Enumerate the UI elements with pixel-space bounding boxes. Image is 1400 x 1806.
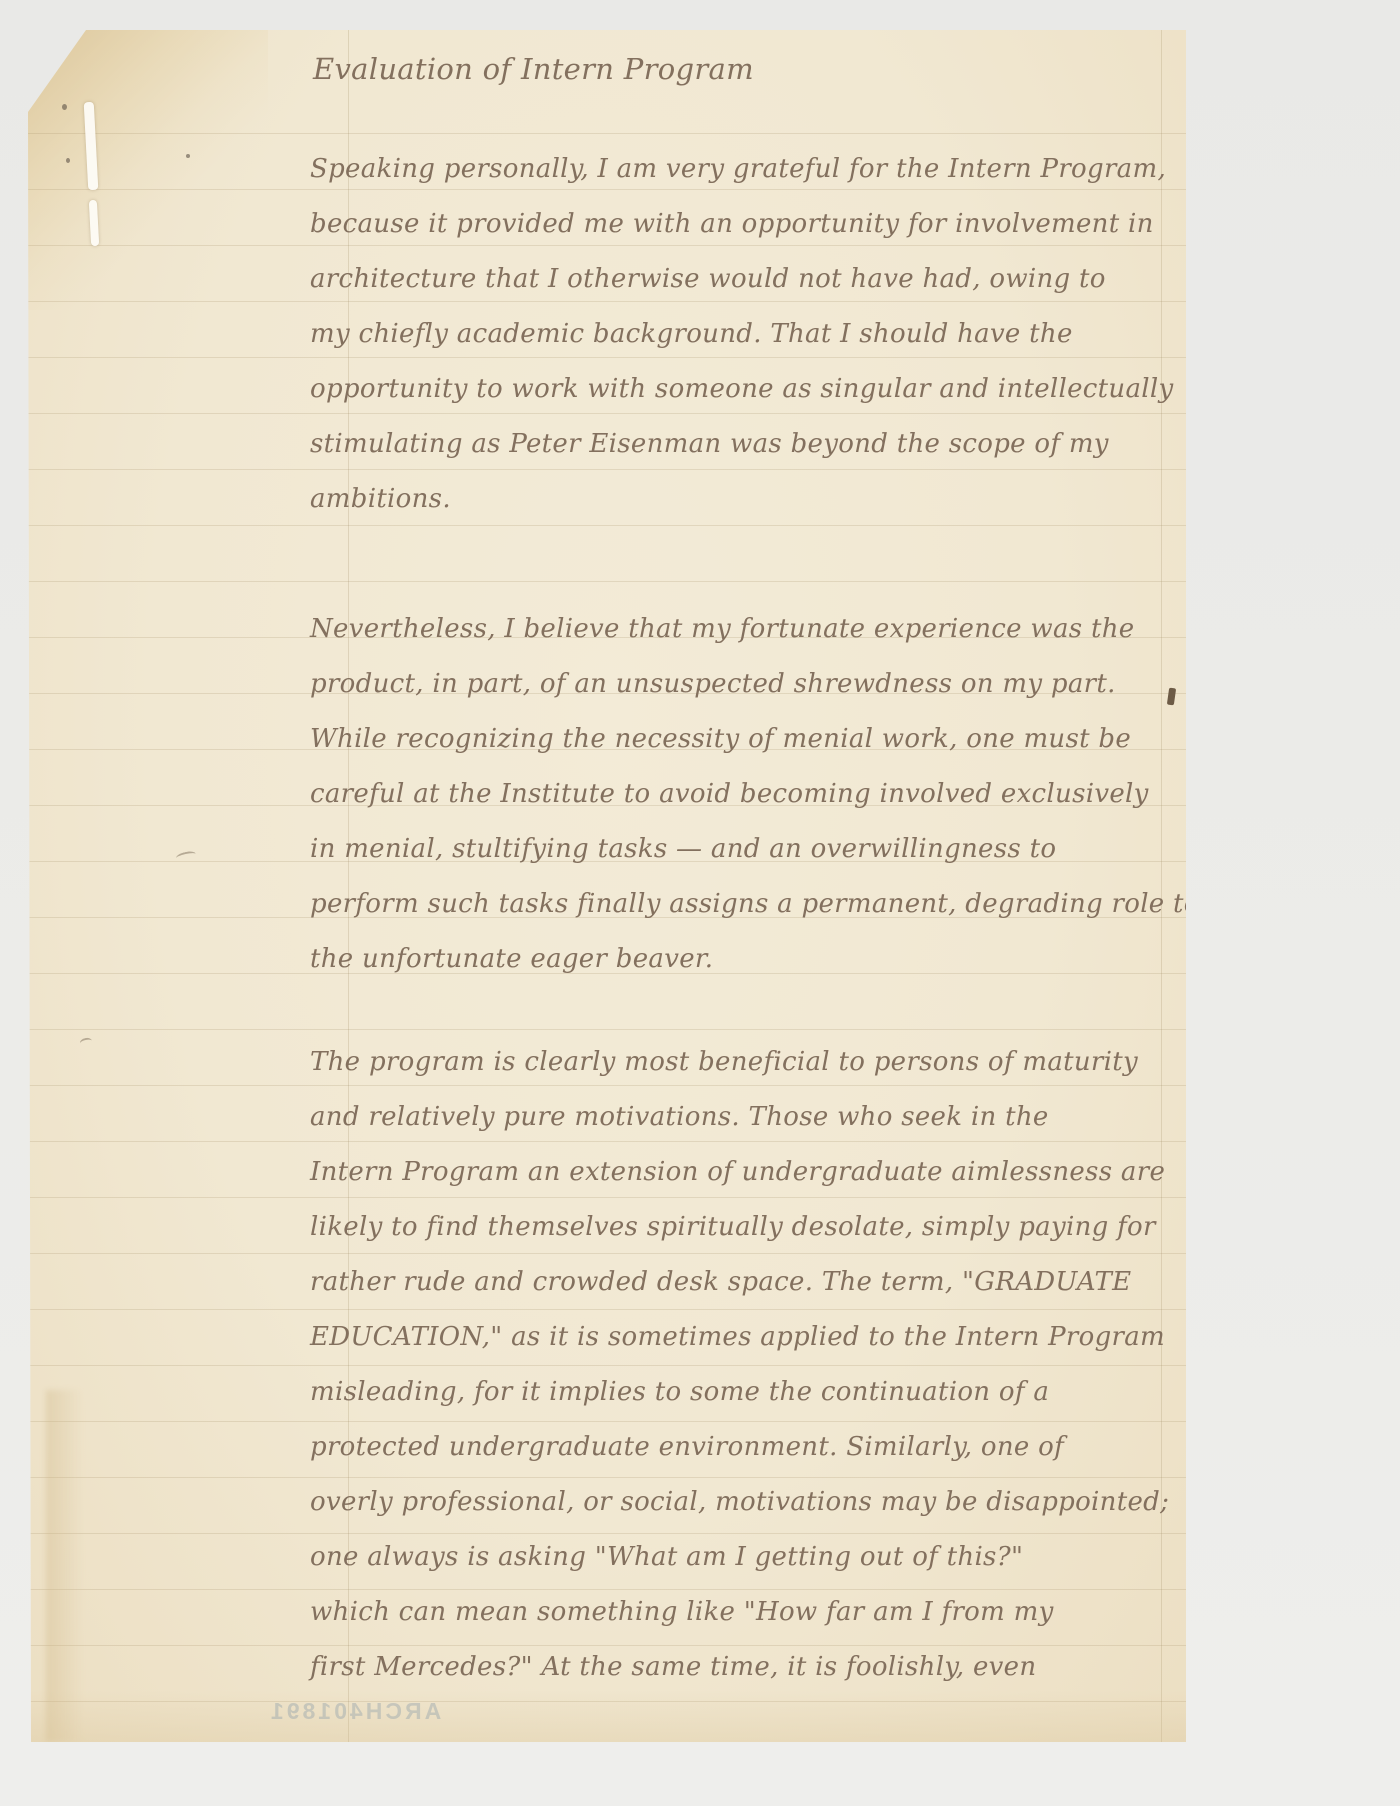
- handwritten-line: stimulating as Peter Eisenman was beyond…: [310, 417, 1190, 472]
- handwritten-line: because it provided me with an opportuni…: [310, 197, 1190, 252]
- handwritten-line: While recognizing the necessity of menia…: [310, 712, 1190, 767]
- handwritten-line: first Mercedes?" At the same time, it is…: [310, 1640, 1190, 1695]
- bleed-through-archive-stamp: ARCH401891: [268, 1698, 441, 1725]
- handwritten-line: Nevertheless, I believe that my fortunat…: [310, 602, 1190, 657]
- paragraph: Nevertheless, I believe that my fortunat…: [310, 602, 1190, 987]
- page-title: Evaluation of Intern Program: [313, 52, 754, 86]
- paragraphs: Speaking personally, I am very grateful …: [310, 142, 1190, 1695]
- handwritten-line: misleading, for it implies to some the c…: [310, 1365, 1190, 1420]
- handwritten-line: architecture that I otherwise would not …: [310, 252, 1190, 307]
- handwritten-line: protected undergraduate environment. Sim…: [310, 1420, 1190, 1475]
- handwritten-line: in menial, stultifying tasks — and an ov…: [310, 822, 1190, 877]
- handwritten-line: which can mean something like "How far a…: [310, 1585, 1190, 1640]
- handwritten-line: product, in part, of an unsuspected shre…: [310, 657, 1190, 712]
- handwritten-line: Intern Program an extension of undergrad…: [310, 1145, 1190, 1200]
- paragraph: The program is clearly most beneficial t…: [310, 1035, 1190, 1695]
- handwritten-line: and relatively pure motivations. Those w…: [310, 1090, 1190, 1145]
- handwritten-line: likely to find themselves spiritually de…: [310, 1200, 1190, 1255]
- handwritten-line: ambitions.: [310, 472, 1190, 527]
- paper-speck: [66, 158, 70, 163]
- handwritten-line: perform such tasks finally assigns a per…: [310, 877, 1190, 932]
- handwritten-line: my chiefly academic background. That I s…: [310, 307, 1190, 362]
- handwritten-line: overly professional, or social, motivati…: [310, 1475, 1190, 1530]
- bottom-crease-discoloration: [28, 1690, 1186, 1742]
- handwritten-line: EDUCATION," as it is sometimes applied t…: [310, 1310, 1190, 1365]
- handwritten-line: rather rude and crowded desk space. The …: [310, 1255, 1190, 1310]
- handwritten-line: opportunity to work with someone as sing…: [310, 362, 1190, 417]
- stray-pencil-mark: [175, 850, 196, 862]
- handwritten-line: one always is asking "What am I getting …: [310, 1530, 1190, 1585]
- handwritten-page: Evaluation of Intern Program Speaking pe…: [28, 30, 1186, 1742]
- corner-fold-discoloration: [28, 30, 268, 310]
- paper-speck: [186, 154, 190, 158]
- paragraph: Speaking personally, I am very grateful …: [310, 142, 1190, 527]
- handwritten-line: careful at the Institute to avoid becomi…: [310, 767, 1190, 822]
- paper-speck: [62, 104, 67, 110]
- handwritten-line: the unfortunate eager beaver.: [310, 932, 1190, 987]
- handwritten-line: Speaking personally, I am very grateful …: [310, 142, 1190, 197]
- handwritten-line: The program is clearly most beneficial t…: [310, 1035, 1190, 1090]
- stray-pencil-mark: [79, 1037, 92, 1047]
